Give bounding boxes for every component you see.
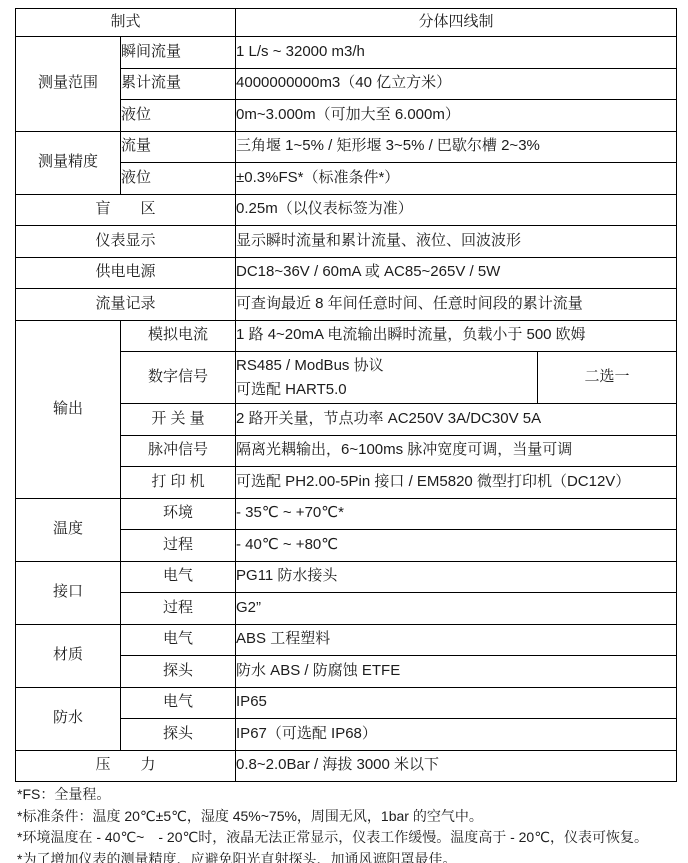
label-cell-blind-zone: 盲 区 xyxy=(16,194,236,226)
label-cell-display: 仪表显示 xyxy=(16,226,236,258)
row-power-supply: 供电电源 DC18~36V / 60mA 或 AC85~265V / 5W xyxy=(16,257,677,289)
param-cell-accuracy-level: 液位 xyxy=(121,163,236,195)
param-cell-digital-signal: 数字信号 xyxy=(121,352,236,404)
value-cell-display: 显示瞬时流量和累计流量、液位、回波波形 xyxy=(236,226,677,258)
group-cell-material: 材质 xyxy=(16,624,121,687)
value-cell-waterproof-probe: IP67（可选配 IP68） xyxy=(236,719,677,751)
row-accuracy-flow: 测量精度 流量 三角堰 1~5% / 矩形堰 3~5% / 巴歇尔槽 2~3% xyxy=(16,131,677,163)
label-cell-pressure: 压 力 xyxy=(16,750,236,782)
spec-sheet-page: 制式 分体四线制 测量范围 瞬间流量 1 L/s ~ 32000 m3/h 累计… xyxy=(0,0,688,863)
value-cell-temp-ambient: - 35℃ ~ +70℃* xyxy=(236,498,677,530)
param-cell-interface-electrical: 电气 xyxy=(121,561,236,593)
extra-cell-choose-one: 二选一 xyxy=(538,352,677,404)
row-material-electrical: 材质 电气 ABS 工程塑料 xyxy=(16,624,677,656)
value-cell-material-electrical: ABS 工程塑料 xyxy=(236,624,677,656)
param-cell-relay-output: 开 关 量 xyxy=(121,404,236,436)
row-waterproof-electrical: 防水 电气 IP65 xyxy=(16,687,677,719)
row-pressure: 压 力 0.8~2.0Bar / 海拔 3000 米以下 xyxy=(16,750,677,782)
value-cell-range-level: 0m~3.000m（可加大至 6.000m） xyxy=(236,100,677,132)
row-analog-current: 输出 模拟电流 1 路 4~20mA 电流输出瞬时流量，负载小于 500 欧姆 xyxy=(16,320,677,352)
value-cell-temp-process: - 40℃ ~ +80℃ xyxy=(236,530,677,562)
value-cell-interface-electrical: PG11 防水接头 xyxy=(236,561,677,593)
digital-signal-line1: RS485 / ModBus 协议 xyxy=(236,354,537,378)
param-cell-temp-ambient: 环境 xyxy=(121,498,236,530)
row-instant-flow: 测量范围 瞬间流量 1 L/s ~ 32000 m3/h xyxy=(16,37,677,69)
footnote-fs: *FS：全量程。 xyxy=(17,784,677,806)
row-temp-ambient: 温度 环境 - 35℃ ~ +70℃* xyxy=(16,498,677,530)
value-cell-pulse-signal: 隔离光耦输出，6~100ms 脉冲宽度可调，当量可调 xyxy=(236,435,677,467)
spec-table: 制式 分体四线制 测量范围 瞬间流量 1 L/s ~ 32000 m3/h 累计… xyxy=(15,8,677,782)
value-cell-interface-process: G2” xyxy=(236,593,677,625)
system-type-label: 制式 xyxy=(16,9,236,37)
value-cell-relay-output: 2 路开关量，节点功率 AC250V 3A/DC30V 5A xyxy=(236,404,677,436)
row-blind-zone: 盲 区 0.25m（以仪表标签为准） xyxy=(16,194,677,226)
row-flow-record: 流量记录 可查询最近 8 年间任意时间、任意时间段的累计流量 xyxy=(16,289,677,321)
param-cell-temp-process: 过程 xyxy=(121,530,236,562)
param-cell-pulse-signal: 脉冲信号 xyxy=(121,435,236,467)
group-cell-interface: 接口 xyxy=(16,561,121,624)
group-cell-accuracy: 测量精度 xyxy=(16,131,121,194)
value-cell-power-supply: DC18~36V / 60mA 或 AC85~265V / 5W xyxy=(236,257,677,289)
value-cell-blind-zone: 0.25m（以仪表标签为准） xyxy=(236,194,677,226)
footnote-ambient-temperature: *环境温度在 - 40℃~ - 20℃时，液晶无法正常显示，仪表工作缓慢。温度高… xyxy=(17,827,677,849)
footnotes: *FS：全量程。 *标准条件：温度 20℃±5℃，湿度 45%~75%，周围无风… xyxy=(17,784,677,863)
param-cell-material-probe: 探头 xyxy=(121,656,236,688)
value-cell-analog-current: 1 路 4~20mA 电流输出瞬时流量，负载小于 500 欧姆 xyxy=(236,320,677,352)
param-cell-total-flow: 累计流量 xyxy=(121,68,236,100)
param-cell-accuracy-flow: 流量 xyxy=(121,131,236,163)
param-cell-analog-current: 模拟电流 xyxy=(121,320,236,352)
param-cell-waterproof-probe: 探头 xyxy=(121,719,236,751)
value-cell-total-flow: 4000000000m3（40 亿立方米） xyxy=(236,68,677,100)
param-cell-instant-flow: 瞬间流量 xyxy=(121,37,236,69)
value-cell-digital-signal: RS485 / ModBus 协议 可选配 HART5.0 xyxy=(236,352,538,404)
group-cell-temperature: 温度 xyxy=(16,498,121,561)
param-cell-waterproof-electrical: 电气 xyxy=(121,687,236,719)
value-cell-material-probe: 防水 ABS / 防腐蚀 ETFE xyxy=(236,656,677,688)
footnote-accuracy-advice: *为了增加仪表的测量精度，应避免阳光直射探头，加通风遮阳罩最佳。 xyxy=(17,849,677,863)
value-cell-printer: 可选配 PH2.00-5Pin 接口 / EM5820 微型打印机（DC12V） xyxy=(236,467,677,499)
label-cell-power-supply: 供电电源 xyxy=(16,257,236,289)
value-cell-accuracy-flow: 三角堰 1~5% / 矩形堰 3~5% / 巴歇尔槽 2~3% xyxy=(236,131,677,163)
row-system-type: 制式 分体四线制 xyxy=(16,9,677,37)
group-cell-output: 输出 xyxy=(16,320,121,498)
param-cell-material-electrical: 电气 xyxy=(121,624,236,656)
value-cell-accuracy-level: ±0.3%FS*（标准条件*） xyxy=(236,163,677,195)
row-display: 仪表显示 显示瞬时流量和累计流量、液位、回波波形 xyxy=(16,226,677,258)
value-cell-flow-record: 可查询最近 8 年间任意时间、任意时间段的累计流量 xyxy=(236,289,677,321)
group-cell-measure-range: 测量范围 xyxy=(16,37,121,132)
param-cell-interface-process: 过程 xyxy=(121,593,236,625)
row-interface-electrical: 接口 电气 PG11 防水接头 xyxy=(16,561,677,593)
value-cell-waterproof-electrical: IP65 xyxy=(236,687,677,719)
value-cell-instant-flow: 1 L/s ~ 32000 m3/h xyxy=(236,37,677,69)
param-cell-printer: 打 印 机 xyxy=(121,467,236,499)
footnote-standard-conditions: *标准条件：温度 20℃±5℃，湿度 45%~75%，周围无风，1bar 的空气… xyxy=(17,806,677,828)
param-cell-range-level: 液位 xyxy=(121,100,236,132)
label-cell-flow-record: 流量记录 xyxy=(16,289,236,321)
value-cell-pressure: 0.8~2.0Bar / 海拔 3000 米以下 xyxy=(236,750,677,782)
system-type-value: 分体四线制 xyxy=(236,9,677,37)
digital-signal-line2: 可选配 HART5.0 xyxy=(236,378,537,402)
group-cell-waterproof: 防水 xyxy=(16,687,121,750)
